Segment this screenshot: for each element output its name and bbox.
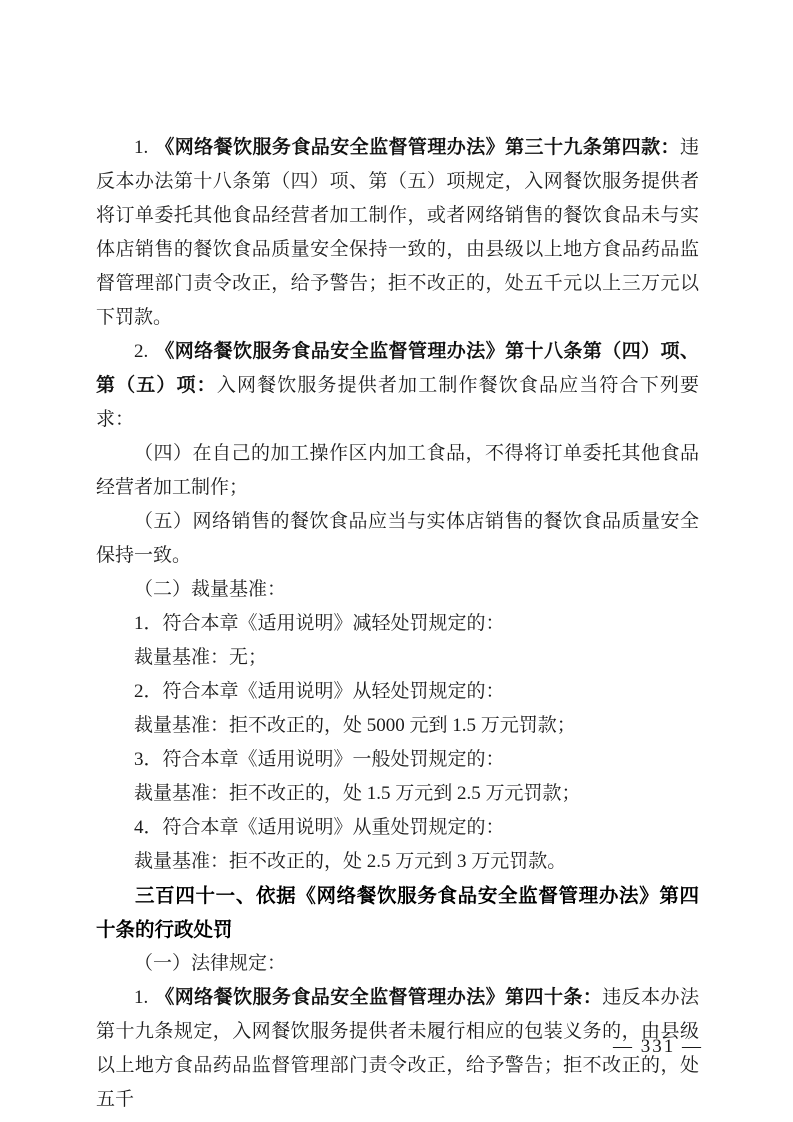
- benchmark-item-2: 2．符合本章《适用说明》从轻处罚规定的：: [96, 675, 699, 709]
- law-quote-text: （五）网络销售的餐饮食品应当与实体店销售的餐饮食品质量安全保持一致。: [96, 511, 699, 566]
- law-quote-text: 违反本办法第十八条第（四）项、第（五）项规定，入网餐饮服务提供者将订单委托其他食…: [96, 137, 699, 328]
- section-341-heading: 三百四十一、依据《网络餐饮服务食品安全监督管理办法》第四十条的行政处罚: [96, 879, 699, 947]
- benchmark-value-text: 裁量基准：无；: [134, 647, 267, 668]
- benchmark-value-text: 裁量基准：拒不改正的，处 1.5 万元到 2.5 万元罚款；: [134, 783, 581, 804]
- law-citation-bold: 《网络餐饮服务食品安全监督管理办法》第四十条：: [155, 987, 602, 1008]
- benchmark-condition-text: 3．符合本章《适用说明》一般处罚规定的：: [134, 749, 505, 770]
- benchmark-item-3: 3．符合本章《适用说明》一般处罚规定的：: [96, 743, 699, 777]
- item-number: 2.: [134, 341, 148, 362]
- benchmark-condition-text: 2．符合本章《适用说明》从轻处罚规定的：: [134, 681, 505, 702]
- text-content: 1.《网络餐饮服务食品安全监督管理办法》第三十九条第四款：违反本办法第十八条第（…: [96, 131, 699, 1117]
- benchmark-value-3: 裁量基准：拒不改正的，处 1.5 万元到 2.5 万元罚款；: [96, 777, 699, 811]
- law-citation-bold: 《网络餐饮服务食品安全监督管理办法》第三十九条第四款：: [155, 137, 680, 158]
- item-number: 1.: [134, 987, 148, 1008]
- law-article-39-4-paragraph: 1.《网络餐饮服务食品安全监督管理办法》第三十九条第四款：违反本办法第十八条第（…: [96, 131, 699, 335]
- benchmark-item-1: 1．符合本章《适用说明》减轻处罚规定的：: [96, 607, 699, 641]
- law-quote-text: （四）在自己的加工操作区内加工食品，不得将订单委托其他食品经营者加工制作；: [96, 443, 699, 498]
- legal-provision-label: （一）法律规定：: [96, 947, 699, 981]
- item-number: 1.: [134, 137, 148, 158]
- discretion-benchmark-label: （二）裁量基准：: [96, 573, 699, 607]
- benchmark-item-4: 4．符合本章《适用说明》从重处罚规定的：: [96, 811, 699, 845]
- law-article-18-items-paragraph: 2.《网络餐饮服务食品安全监督管理办法》第十八条第（四）项、第（五）项：入网餐饮…: [96, 335, 699, 437]
- benchmark-value-4: 裁量基准：拒不改正的，处 2.5 万元到 3 万元罚款。: [96, 845, 699, 879]
- label-text: （二）裁量基准：: [134, 579, 286, 600]
- benchmark-value-text: 裁量基准：拒不改正的，处 2.5 万元到 3 万元罚款。: [134, 851, 566, 872]
- item-4-text: （四）在自己的加工操作区内加工食品，不得将订单委托其他食品经营者加工制作；: [96, 437, 699, 505]
- item-5-text: （五）网络销售的餐饮食品应当与实体店销售的餐饮食品质量安全保持一致。: [96, 505, 699, 573]
- document-page: 1.《网络餐饮服务食品安全监督管理办法》第三十九条第四款：违反本办法第十八条第（…: [0, 0, 793, 1122]
- benchmark-condition-text: 1．符合本章《适用说明》减轻处罚规定的：: [134, 613, 505, 634]
- page-number: — 331 —: [558, 1035, 758, 1059]
- benchmark-value-1: 裁量基准：无；: [96, 641, 699, 675]
- benchmark-condition-text: 4．符合本章《适用说明》从重处罚规定的：: [134, 817, 505, 838]
- label-text: （一）法律规定：: [134, 953, 286, 974]
- benchmark-value-2: 裁量基准：拒不改正的，处 5000 元到 1.5 万元罚款；: [96, 709, 699, 743]
- benchmark-value-text: 裁量基准：拒不改正的，处 5000 元到 1.5 万元罚款；: [134, 715, 576, 736]
